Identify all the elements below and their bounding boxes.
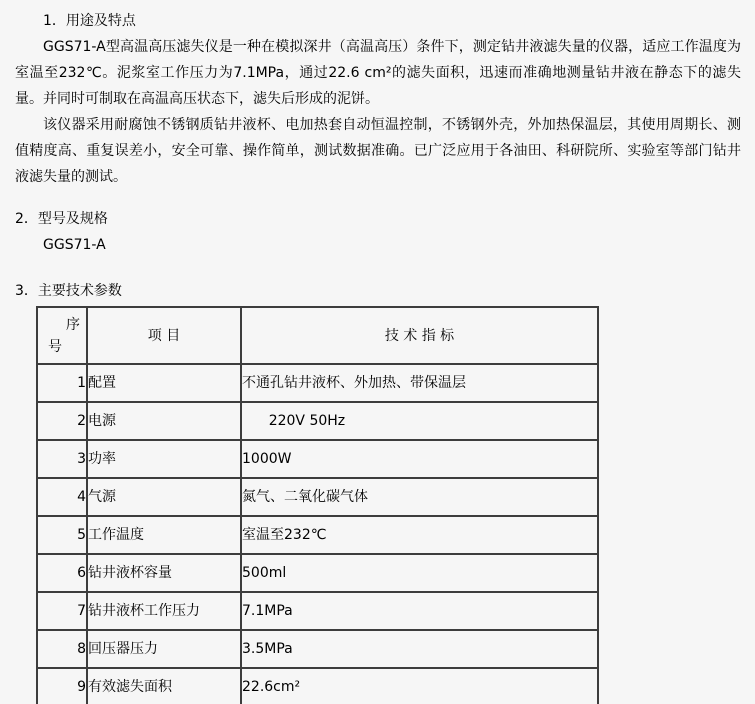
row-serial: 5 — [37, 516, 87, 554]
table-row: 2 电源 220V 50Hz — [37, 402, 598, 440]
row-item: 功率 — [87, 440, 241, 478]
row-item: 电源 — [87, 402, 241, 440]
row-serial: 3 — [37, 440, 87, 478]
paragraph-usage-1: GGS71-A型高温高压滤失仪是一种在模拟深井（高温高压）条件下，测定钻井液滤失… — [15, 34, 741, 112]
row-spec: 7.1MPa — [241, 592, 598, 630]
spec-table-header-row: 序 号 项 目 技 术 指 标 — [37, 307, 598, 364]
row-spec: 不通孔钻井液杯、外加热、带保温层 — [241, 364, 598, 402]
row-spec: 220V 50Hz — [241, 402, 598, 440]
table-row: 8 回压器压力 3.5MPa — [37, 630, 598, 668]
model-number: GGS71-A — [15, 232, 741, 258]
row-spec: 室温至232℃ — [241, 516, 598, 554]
section-3-heading: 3．主要技术参数 — [15, 278, 741, 304]
row-spec: 22.6cm² — [241, 668, 598, 704]
header-serial-number: 序 号 — [37, 307, 87, 364]
row-item: 回压器压力 — [87, 630, 241, 668]
document-body: 1．用途及特点 GGS71-A型高温高压滤失仪是一种在模拟深井（高温高压）条件下… — [0, 0, 755, 704]
row-item: 钻井液杯容量 — [87, 554, 241, 592]
table-row: 1 配置 不通孔钻井液杯、外加热、带保温层 — [37, 364, 598, 402]
row-serial: 7 — [37, 592, 87, 630]
row-serial: 6 — [37, 554, 87, 592]
header-spec: 技 术 指 标 — [241, 307, 598, 364]
row-item: 气源 — [87, 478, 241, 516]
row-serial: 1 — [37, 364, 87, 402]
section-1-heading: 1．用途及特点 — [15, 8, 741, 34]
row-item: 配置 — [87, 364, 241, 402]
row-spec: 500ml — [241, 554, 598, 592]
header-serial-line1: 序 — [38, 314, 86, 336]
table-row: 7 钻井液杯工作压力 7.1MPa — [37, 592, 598, 630]
row-item: 有效滤失面积 — [87, 668, 241, 704]
row-spec: 氮气、二氧化碳气体 — [241, 478, 598, 516]
table-row: 9 有效滤失面积 22.6cm² — [37, 668, 598, 704]
document-page: { "doc": { "section1_title": "1．用途及特点", … — [0, 0, 755, 704]
table-row: 3 功率 1000W — [37, 440, 598, 478]
header-serial-line2: 号 — [38, 336, 86, 358]
row-spec: 1000W — [241, 440, 598, 478]
row-serial: 8 — [37, 630, 87, 668]
row-spec: 3.5MPa — [241, 630, 598, 668]
table-row: 6 钻井液杯容量 500ml — [37, 554, 598, 592]
paragraph-usage-2: 该仪器采用耐腐蚀不锈钢质钻井液杯、电加热套自动恒温控制，不锈钢外壳，外加热保温层… — [15, 112, 741, 190]
row-serial: 2 — [37, 402, 87, 440]
spec-table: 序 号 项 目 技 术 指 标 1 配置 不通孔钻井液杯、外加热、带保温层 2 … — [36, 306, 599, 704]
row-item: 工作温度 — [87, 516, 241, 554]
row-item: 钻井液杯工作压力 — [87, 592, 241, 630]
header-item: 项 目 — [87, 307, 241, 364]
section-2-heading: 2．型号及规格 — [15, 206, 741, 232]
table-row: 5 工作温度 室温至232℃ — [37, 516, 598, 554]
table-row: 4 气源 氮气、二氧化碳气体 — [37, 478, 598, 516]
row-serial: 4 — [37, 478, 87, 516]
row-serial: 9 — [37, 668, 87, 704]
